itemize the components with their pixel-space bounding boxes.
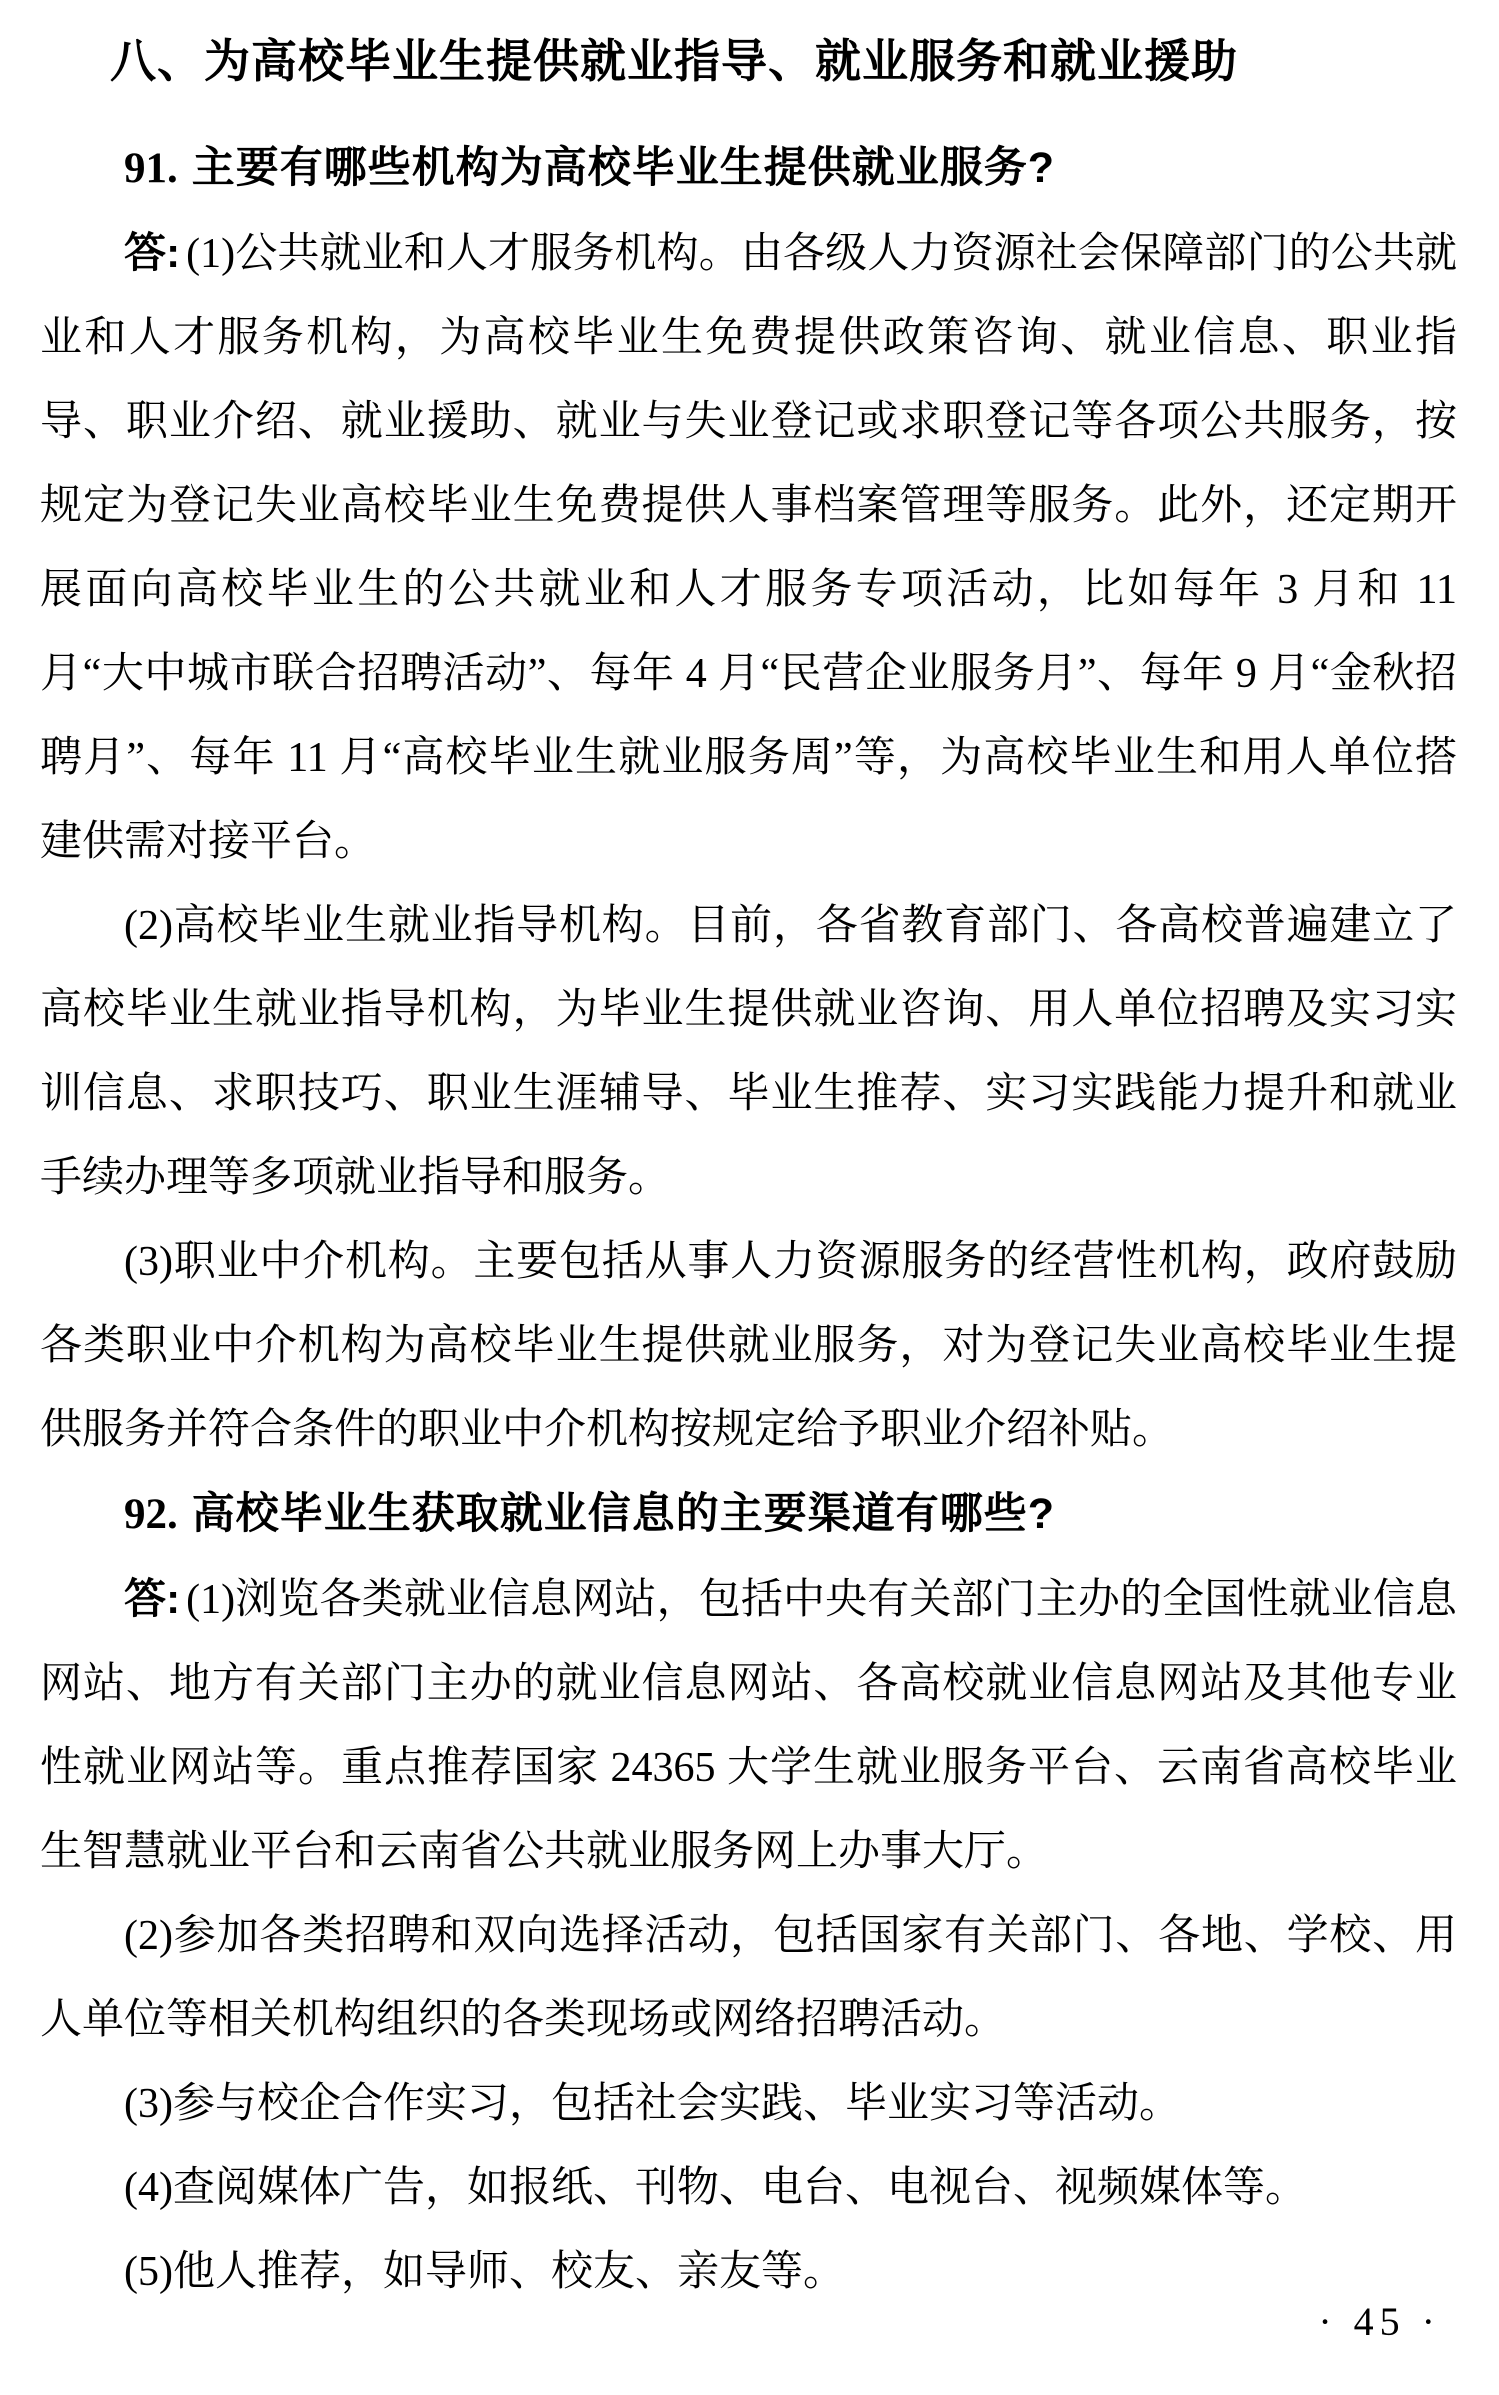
answer-label: 答: xyxy=(124,229,180,276)
question-title: 高校毕业生获取就业信息的主要渠道有哪些? xyxy=(192,1490,1055,1538)
document-page: 八、为高校毕业生提供就业指导、就业服务和就业援助 91.主要有哪些机构为高校毕业… xyxy=(0,0,1499,2395)
page-number: · 45 · xyxy=(1318,2292,1441,2352)
question-block-91: 91.主要有哪些机构为高校毕业生提供就业服务? 答:(1)公共就业和人才服务机构… xyxy=(40,126,1457,1472)
answer-text: (1)浏览各类就业信息网站，包括中央有关部门主办的全国性就业信息网站、地方有关部… xyxy=(40,1577,1457,1875)
question-number: 92. xyxy=(124,1491,178,1538)
answer-label: 答: xyxy=(124,1575,180,1622)
answer-text: (1)公共就业和人才服务机构。由各级人力资源社会保障部门的公共就业和人才服务机构… xyxy=(40,231,1457,865)
question-number: 91. xyxy=(124,145,178,192)
question-title: 主要有哪些机构为高校毕业生提供就业服务? xyxy=(192,144,1055,192)
answer-paragraph: (3)参与校企合作实习，包括社会实践、毕业实习等活动。 xyxy=(40,2062,1457,2146)
question-block-92: 92.高校毕业生获取就业信息的主要渠道有哪些? 答:(1)浏览各类就业信息网站，… xyxy=(40,1472,1457,2314)
section-heading: 八、为高校毕业生提供就业指导、就业服务和就业援助 xyxy=(40,20,1457,104)
answer-paragraph: (3)职业中介机构。主要包括从事人力资源服务的经营性机构，政府鼓励各类职业中介机… xyxy=(40,1220,1457,1472)
answer-paragraph: (2)高校毕业生就业指导机构。目前，各省教育部门、各高校普遍建立了高校毕业生就业… xyxy=(40,884,1457,1220)
answer-paragraph: (4)查阅媒体广告，如报纸、刊物、电台、电视台、视频媒体等。 xyxy=(40,2146,1457,2230)
answer-paragraph: 答:(1)浏览各类就业信息网站，包括中央有关部门主办的全国性就业信息网站、地方有… xyxy=(40,1557,1457,1894)
question-91: 91.主要有哪些机构为高校毕业生提供就业服务? xyxy=(40,126,1457,211)
answer-paragraph: (2)参加各类招聘和双向选择活动，包括国家有关部门、各地、学校、用人单位等相关机… xyxy=(40,1894,1457,2062)
question-92: 92.高校毕业生获取就业信息的主要渠道有哪些? xyxy=(40,1472,1457,1557)
answer-paragraph: 答:(1)公共就业和人才服务机构。由各级人力资源社会保障部门的公共就业和人才服务… xyxy=(40,211,1457,884)
answer-paragraph: (5)他人推荐，如导师、校友、亲友等。 xyxy=(40,2230,1457,2314)
